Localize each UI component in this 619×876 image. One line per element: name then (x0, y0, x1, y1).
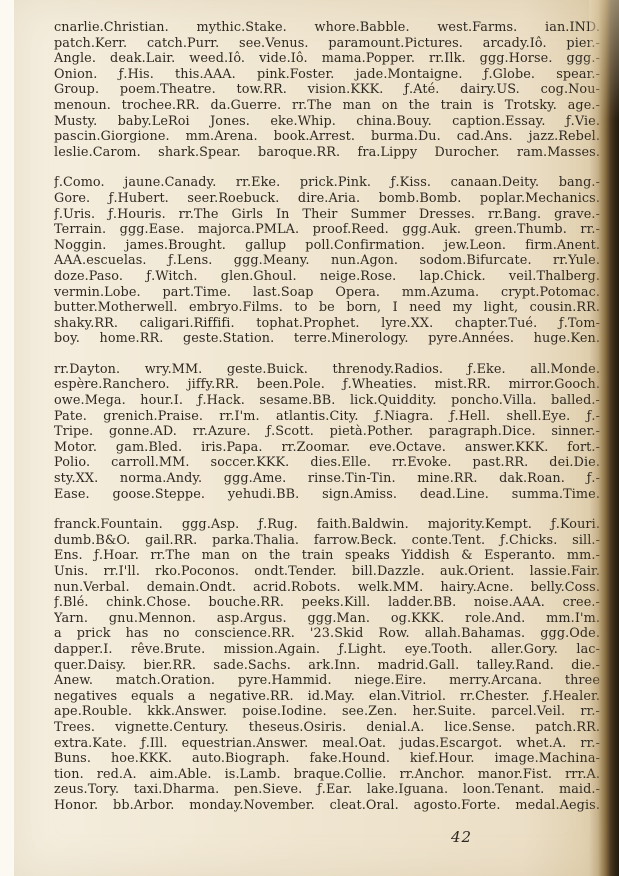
text-line: Trees. vignette.Century. theseus.Osiris.… (54, 720, 600, 736)
text-line: Yarn. gnu.Mennon. asp.Argus. ggg.Man. og… (54, 611, 600, 627)
text-line: Onion. ƒ.His. this.AAA. pink.Foster. jad… (54, 67, 600, 83)
page-paper: cnarlie.Christian. mythic.Stake. whore.B… (14, 0, 612, 876)
text-line: Anew. match.Oration. pyre.Hammid. niege.… (54, 673, 600, 689)
page-edge-highlight (589, 0, 619, 120)
text-line: patch.Kerr. catch.Purr. see.Venus. param… (54, 36, 600, 52)
text-line: menoun. trochee.RR. da.Guerre. rr.The ma… (54, 98, 600, 114)
text-line: Angle. deak.Lair. weed.Iô. vide.Iô. mama… (54, 51, 600, 67)
text-line: quer.Daisy. bier.RR. sade.Sachs. ark.Inn… (54, 658, 600, 674)
text-line: negatives equals a negative.RR. id.May. … (54, 689, 600, 705)
paragraph: cnarlie.Christian. mythic.Stake. whore.B… (54, 20, 600, 160)
text-line: leslie.Carom. shark.Spear. baroque.RR. f… (54, 145, 600, 161)
text-line: tion. red.A. aim.Able. is.Lamb. braque.C… (54, 767, 600, 783)
text-line: pascin.Giorgione. mm.Arena. book.Arrest.… (54, 129, 600, 145)
text-line: Noggin. james.Brought. gallup poll.Confi… (54, 238, 600, 254)
text-line: ƒ.Como. jaune.Canady. rr.Eke. prick.Pink… (54, 175, 600, 191)
text-line: zeus.Tory. taxi.Dharma. pen.Sieve. ƒ.Ear… (54, 782, 600, 798)
text-line: vermin.Lobe. part.Time. last.Soap Opera.… (54, 285, 600, 301)
text-line: Musty. baby.LeRoi Jones. eke.Whip. china… (54, 114, 600, 130)
text-line: owe.Mega. hour.I. ƒ.Hack. sesame.BB. lic… (54, 393, 600, 409)
text-line: espère.Ranchero. jiffy.RR. been.Pole. ƒ.… (54, 377, 600, 393)
text-line: Polio. carroll.MM. soccer.KKK. dies.Elle… (54, 455, 600, 471)
text-line: rr.Dayton. wry.MM. geste.Buick. threnody… (54, 362, 600, 378)
text-line: nun.Verbal. demain.Ondt. acrid.Robots. w… (54, 580, 600, 596)
text-line: Motor. gam.Bled. iris.Papa. rr.Zoomar. e… (54, 440, 600, 456)
scanned-book-page: cnarlie.Christian. mythic.Stake. whore.B… (0, 0, 619, 876)
text-line: dumb.B&O. gail.RR. parka.Thalia. farrow.… (54, 533, 600, 549)
text-line: Unis. rr.I'll. rko.Poconos. ondt.Tender.… (54, 564, 600, 580)
text-line: Tripe. gonne.AD. rr.Azure. ƒ.Scott. piet… (54, 424, 600, 440)
text-line: a prick has no conscience.RR. '23.Skid R… (54, 626, 600, 642)
text-line: Honor. bb.Arbor. monday.November. cleat.… (54, 798, 600, 814)
text-line: Pate. grenich.Praise. rr.I'm. atlantis.C… (54, 409, 600, 425)
text-line: AAA.escuelas. ƒ.Lens. ggg.Meany. nun.Ago… (54, 253, 600, 269)
text-line: sty.XX. norma.Andy. ggg.Ame. rinse.Tin-T… (54, 471, 600, 487)
paragraph: rr.Dayton. wry.MM. geste.Buick. threnody… (54, 362, 600, 502)
text-line: shaky.RR. caligari.Riffifi. tophat.Proph… (54, 316, 600, 332)
text-line: franck.Fountain. ggg.Asp. ƒ.Rug. faith.B… (54, 517, 600, 533)
text-line: Gore. ƒ.Hubert. seer.Roebuck. dire.Aria.… (54, 191, 600, 207)
text-line: Ease. goose.Steppe. yehudi.BB. sign.Amis… (54, 487, 600, 503)
text-line: Ens. ƒ.Hoar. rr.The man on the train spe… (54, 548, 600, 564)
paragraph: franck.Fountain. ggg.Asp. ƒ.Rug. faith.B… (54, 517, 600, 813)
paragraph: ƒ.Como. jaune.Canady. rr.Eke. prick.Pink… (54, 175, 600, 347)
text-line: cnarlie.Christian. mythic.Stake. whore.B… (54, 20, 600, 36)
text-line: Group. poem.Theatre. tow.RR. vision.KKK.… (54, 82, 600, 98)
text-line: dapper.I. rêve.Brute. mission.Again. ƒ.L… (54, 642, 600, 658)
text-line: butter.Motherwell. embryo.Films. to be b… (54, 300, 600, 316)
text-line: ape.Rouble. kkk.Answer. poise.Iodine. se… (54, 704, 600, 720)
page-number: 42 (451, 828, 472, 846)
page-edge-shadow (589, 0, 619, 876)
text-block: cnarlie.Christian. mythic.Stake. whore.B… (54, 20, 600, 829)
text-line: extra.Kate. ƒ.Ill. equestrian.Answer. me… (54, 736, 600, 752)
text-line: ƒ.Uris. ƒ.Houris. rr.The Girls In Their … (54, 207, 600, 223)
text-line: doze.Paso. ƒ.Witch. glen.Ghoul. neige.Ro… (54, 269, 600, 285)
text-line: boy. home.RR. geste.Station. terre.Miner… (54, 331, 600, 347)
text-line: Buns. hoe.KKK. auto.Biograph. fake.Hound… (54, 751, 600, 767)
text-line: ƒ.Blé. chink.Chose. bouche.RR. peeks.Kil… (54, 595, 600, 611)
text-line: Terrain. ggg.Ease. majorca.PMLA. proof.R… (54, 222, 600, 238)
